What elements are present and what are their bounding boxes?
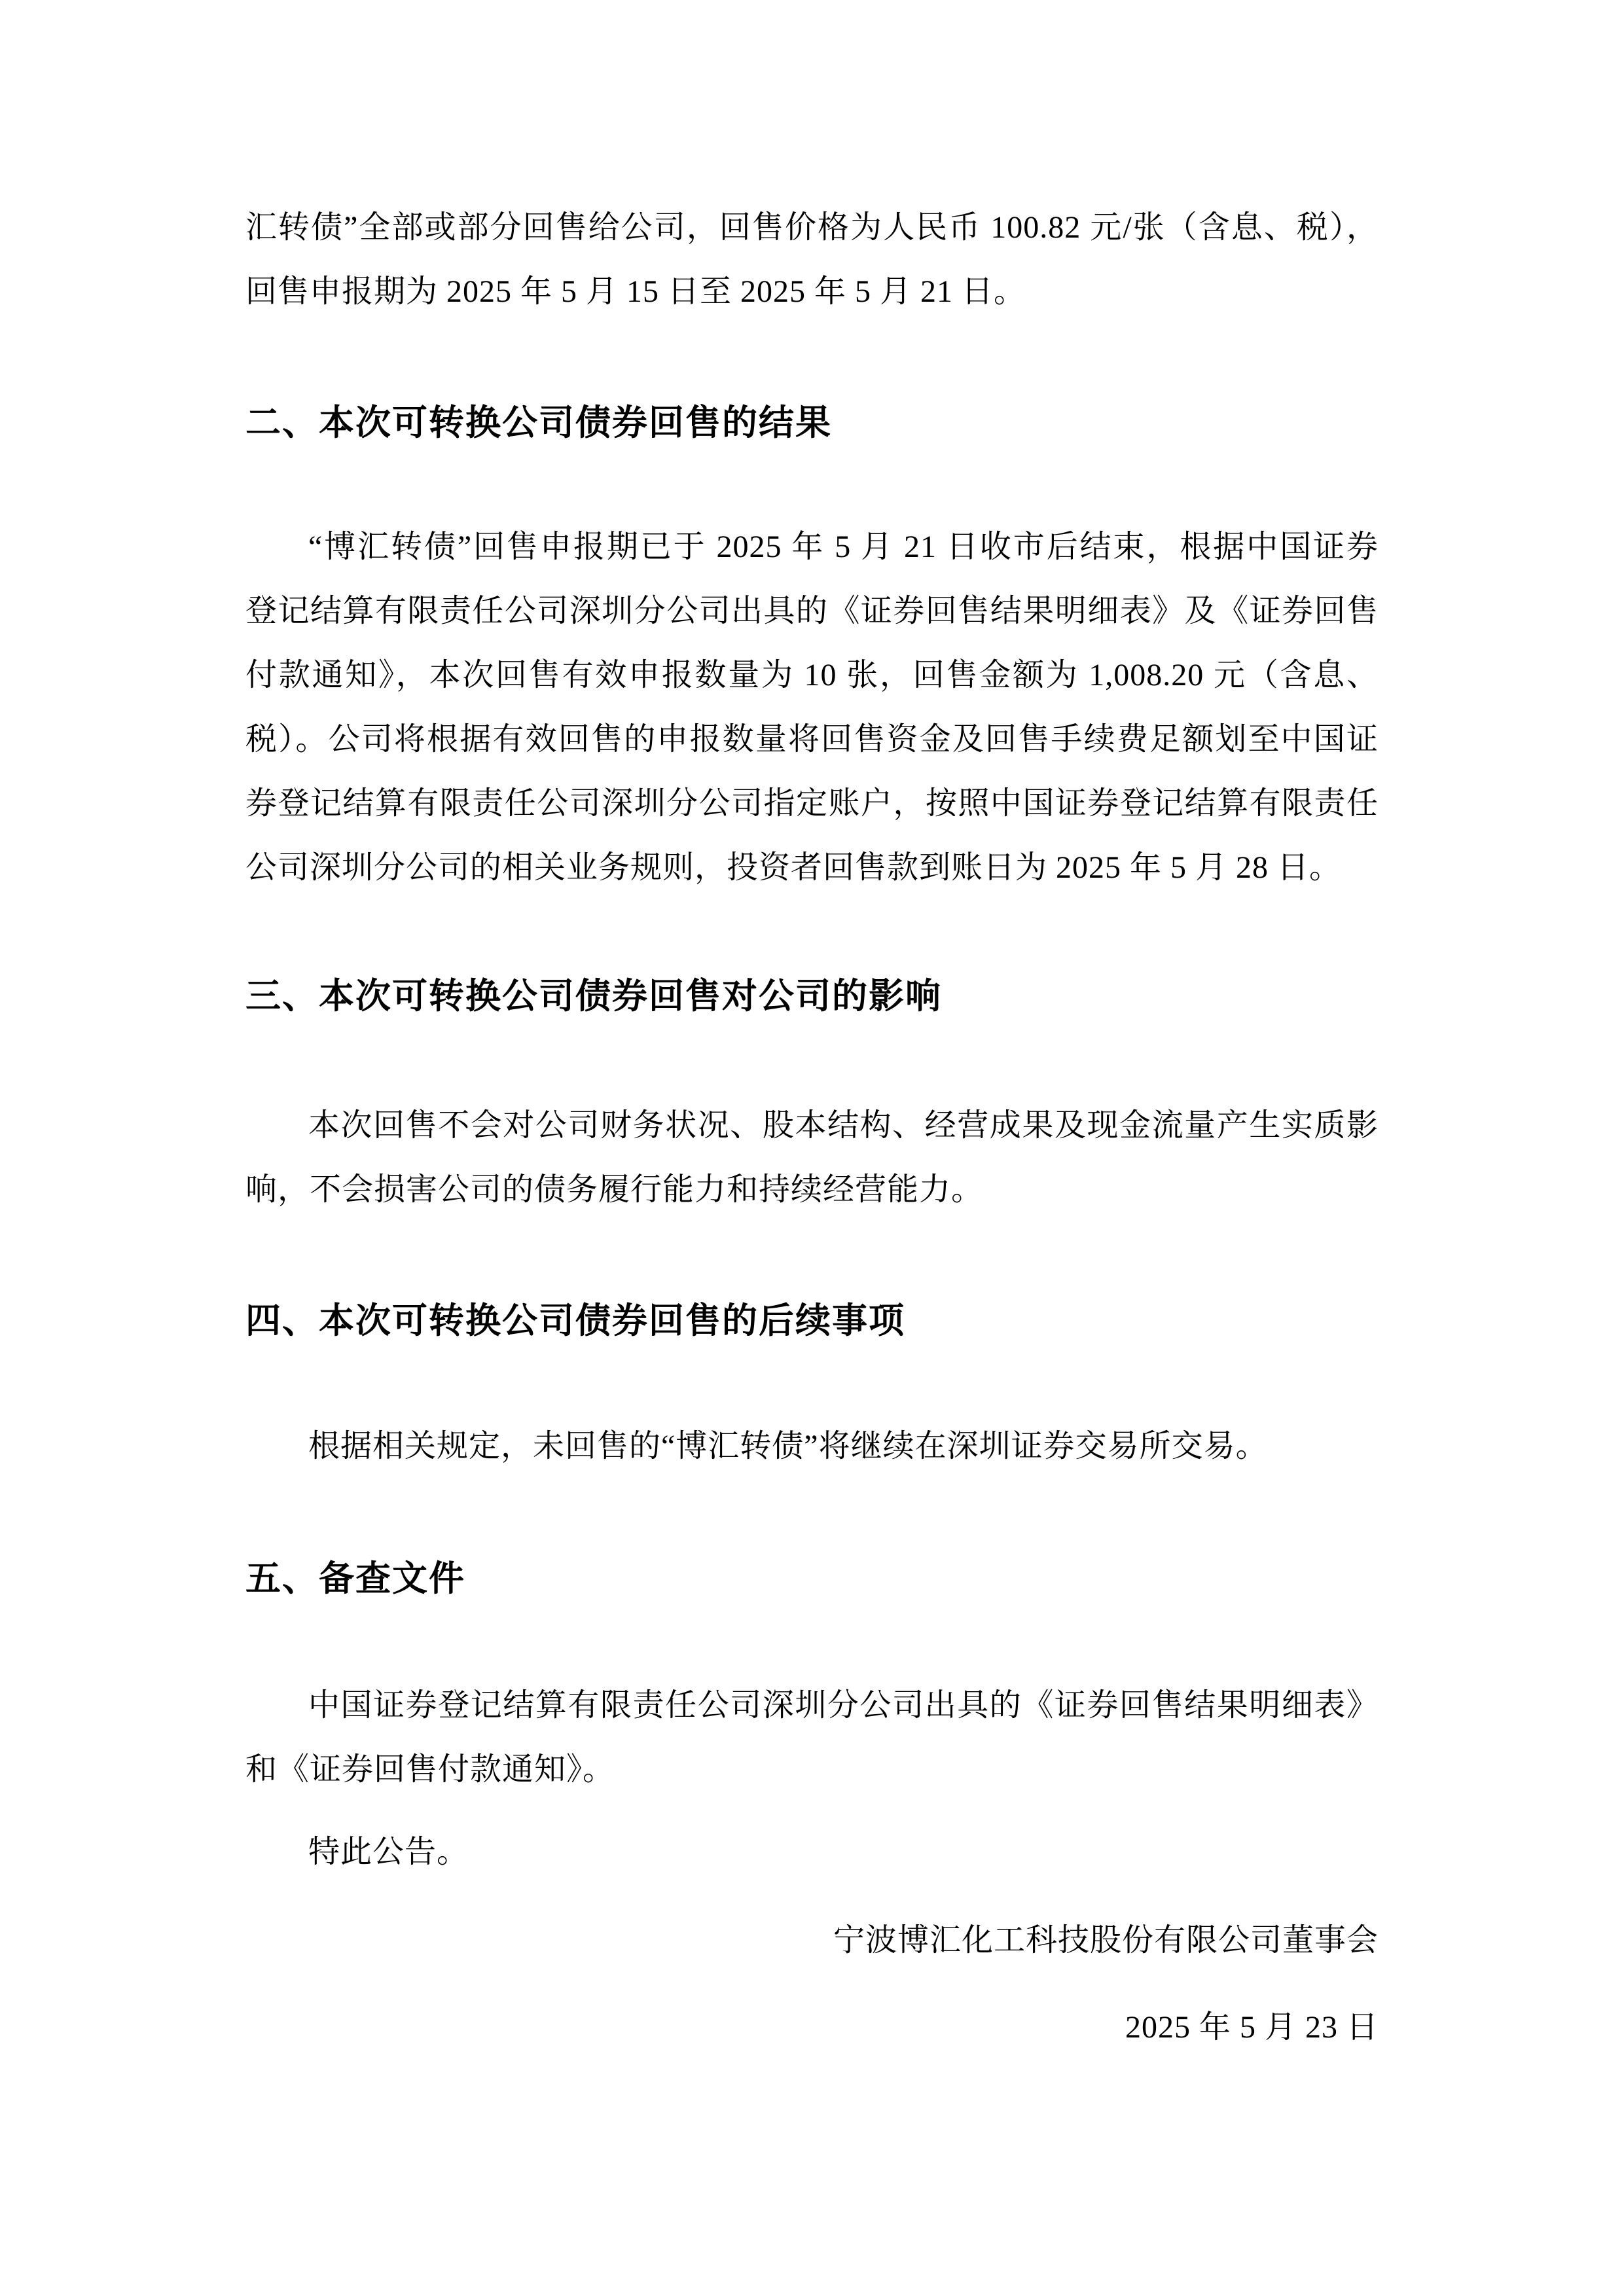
section-3-paragraph: 本次回售不会对公司财务状况、股本结构、经营成果及现金流量产生实质影 响，不会损害… <box>245 1094 1379 1222</box>
text-line: 回售申报期为 2025 年 5 月 15 日至 2025 年 5 月 21 日。 <box>245 260 1379 324</box>
text-line: 特此公告。 <box>245 1820 1379 1884</box>
section-2-paragraph: “博汇转债”回售申报期已于 2025 年 5 月 21 日收市后结束，根据中国证… <box>245 515 1379 900</box>
intro-paragraph: 汇转债”全部或部分回售给公司，回售价格为人民币 100.82 元/张（含息、税）… <box>245 196 1379 324</box>
text-line: 汇转债”全部或部分回售给公司，回售价格为人民币 100.82 元/张（含息、税）… <box>245 196 1379 260</box>
section-4-paragraph: 根据相关规定，未回售的“博汇转债”将继续在深圳证券交易所交易。 <box>245 1414 1379 1479</box>
section-heading-2: 二、本次可转换公司债券回售的结果 <box>245 389 1379 457</box>
section-heading-3: 三、本次可转换公司债券回售对公司的影响 <box>245 962 1379 1030</box>
document-page: 汇转债”全部或部分回售给公司，回售价格为人民币 100.82 元/张（含息、税）… <box>0 0 1624 2296</box>
text-line: 和《证券回售付款通知》。 <box>245 1738 1379 1802</box>
text-line: 根据相关规定，未回售的“博汇转债”将继续在深圳证券交易所交易。 <box>245 1414 1379 1479</box>
section-heading-5: 五、备查文件 <box>245 1545 1379 1613</box>
text-line: 券登记结算有限责任公司深圳分公司指定账户，按照中国证券登记结算有限责任 <box>245 772 1379 836</box>
section-5-paragraph: 中国证券登记结算有限责任公司深圳分公司出具的《证券回售结果明细表》 和《证券回售… <box>245 1674 1379 1802</box>
text-line: 响，不会损害公司的债务履行能力和持续经营能力。 <box>245 1158 1379 1222</box>
text-line: 公司深圳分公司的相关业务规则，投资者回售款到账日为 2025 年 5 月 28 … <box>245 836 1379 900</box>
text-line: 宁波博汇化工科技股份有限公司董事会 <box>245 1909 1379 1973</box>
text-line: 本次回售不会对公司财务状况、股本结构、经营成果及现金流量产生实质影 <box>245 1094 1379 1158</box>
text-line: 中国证券登记结算有限责任公司深圳分公司出具的《证券回售结果明细表》 <box>245 1674 1379 1738</box>
text-line: 付款通知》，本次回售有效申报数量为 10 张，回售金额为 1,008.20 元（… <box>245 643 1379 708</box>
section-heading-4: 四、本次可转换公司债券回售的后续事项 <box>245 1287 1379 1355</box>
text-line: 登记结算有限责任公司深圳分公司出具的《证券回售结果明细表》及《证券回售 <box>245 579 1379 643</box>
text-line: 2025 年 5 月 23 日 <box>245 1996 1379 2060</box>
text-line: 税）。公司将根据有效回售的申报数量将回售资金及回售手续费足额划至中国证 <box>245 708 1379 772</box>
text-line: “博汇转债”回售申报期已于 2025 年 5 月 21 日收市后结束，根据中国证… <box>245 515 1379 579</box>
closing-statement: 特此公告。 <box>245 1820 1379 1884</box>
signature-date: 2025 年 5 月 23 日 <box>245 1996 1379 2060</box>
signature-company: 宁波博汇化工科技股份有限公司董事会 <box>245 1909 1379 1973</box>
